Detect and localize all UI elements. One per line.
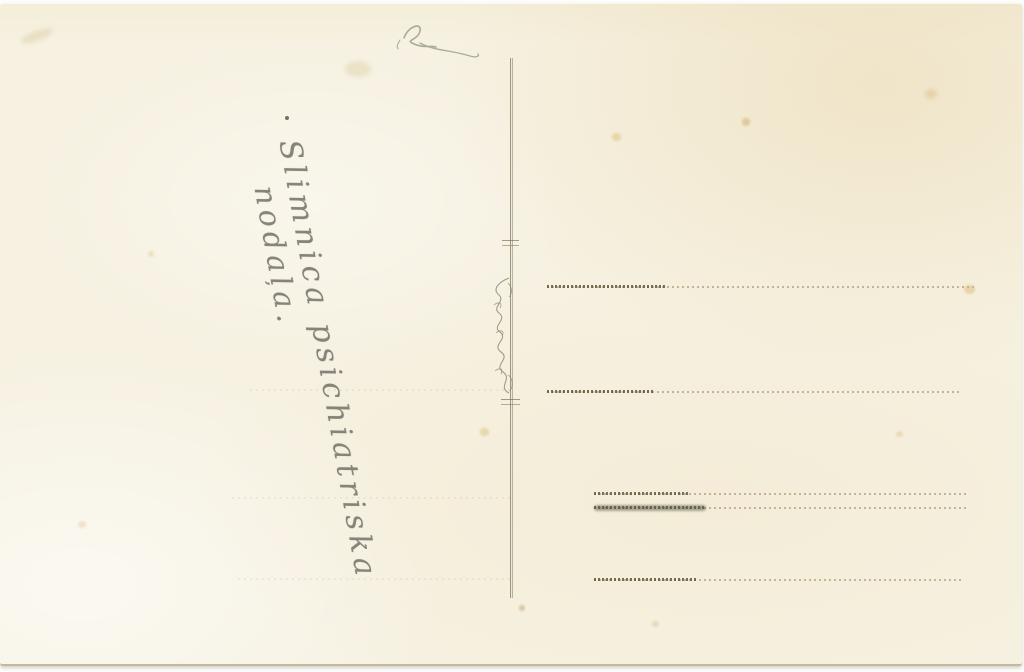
ghost-line xyxy=(238,578,510,580)
stain-spot xyxy=(78,521,86,528)
stain-spot xyxy=(148,251,154,257)
stain-spot xyxy=(519,605,525,611)
double-tick-mark xyxy=(502,240,519,246)
address-line xyxy=(547,391,962,393)
double-tick-mark xyxy=(501,399,520,405)
address-line xyxy=(547,286,975,288)
postcard-back: Slimnica psichiatriska nodaļa. xyxy=(0,3,1022,666)
address-line-dense-segment xyxy=(547,390,655,393)
stain-spot xyxy=(345,61,371,77)
ornate-script-mark-icon xyxy=(488,275,516,397)
handwritten-line-1: Slimnica psichiatriska xyxy=(272,137,384,583)
stain-spot xyxy=(896,431,903,437)
stain-spot xyxy=(480,428,489,436)
address-line-dense-segment xyxy=(594,578,696,581)
stain-spot xyxy=(612,133,621,141)
address-line xyxy=(594,493,966,495)
address-line xyxy=(594,507,966,509)
address-line-dense-segment xyxy=(594,492,689,495)
address-line xyxy=(594,579,962,581)
stain-spot xyxy=(652,621,659,627)
address-line-dense-segment xyxy=(547,285,665,288)
stain-spot xyxy=(925,89,937,99)
stain-spot xyxy=(964,285,975,294)
stain-spot xyxy=(19,25,54,46)
stain-spot xyxy=(742,118,750,126)
pencil-scribble-icon xyxy=(390,16,494,74)
ghost-line xyxy=(232,497,510,499)
ghost-line xyxy=(250,389,510,391)
stain-spot xyxy=(285,116,289,120)
ink-smudge xyxy=(594,505,706,511)
